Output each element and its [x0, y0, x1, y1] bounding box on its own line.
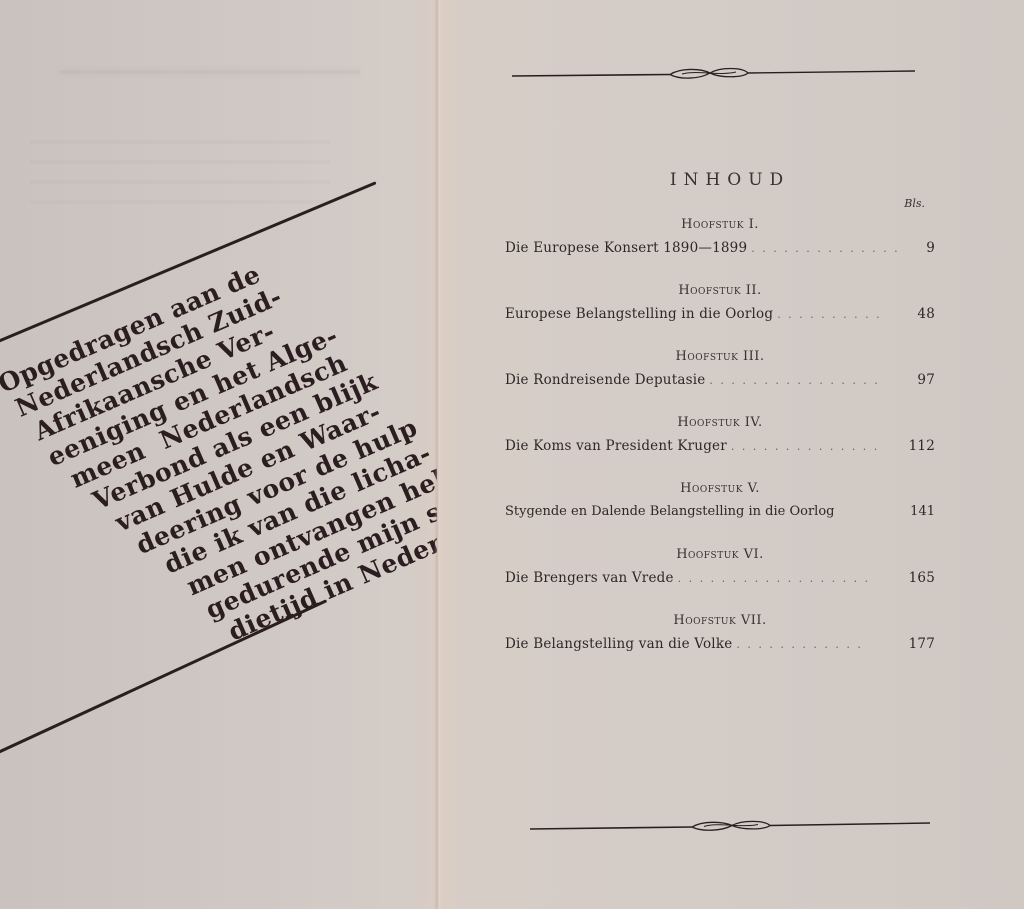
chapter-row[interactable]: Stygende en Dalende Belangstelling in di… — [505, 500, 935, 524]
toc-entry: Hoofstuk II. Europese Belangstelling in … — [505, 280, 935, 326]
dot-leader: . . . . . . . . . . . . . . . . — [705, 369, 913, 393]
chapter-title: Die Belangstelling van die Volke — [505, 632, 732, 656]
chapter-row[interactable]: Europese Belangstelling in die Oorlog . … — [505, 302, 935, 326]
chapter-title: Europese Belangstelling in die Oorlog — [505, 302, 773, 326]
chapter-heading: Hoofstuk VII. — [505, 610, 935, 632]
chapter-title: Die Brengers van Vrede — [505, 566, 674, 590]
page-column-label: Bls. — [505, 194, 935, 214]
chapter-title: Stygende en Dalende Belangstelling in di… — [505, 500, 834, 524]
dot-leader: . . . . . . . . . . . . . . — [727, 435, 905, 459]
chapter-title: Die Koms van President Kruger — [505, 434, 727, 458]
chapter-row[interactable]: Die Belangstelling van die Volke . . . .… — [505, 632, 935, 656]
toc-entry: Hoofstuk I. Die Europese Konsert 1890—18… — [505, 214, 935, 260]
table-of-contents: INHOUD Bls. Hoofstuk I. Die Europese Kon… — [505, 166, 935, 676]
chapter-heading: Hoofstuk III. — [505, 346, 935, 368]
chapter-row[interactable]: Die Koms van President Kruger . . . . . … — [505, 434, 935, 458]
top-ornament-rule — [510, 66, 920, 82]
dot-leader: . . . . . . . . . . . . — [732, 633, 904, 657]
chapter-page-number: 97 — [913, 368, 935, 392]
dot-leader: . . . . . . . . . . . . . . . . . . — [674, 567, 905, 591]
chapter-page-number: 141 — [906, 500, 935, 524]
flourish-ornament-icon — [528, 818, 934, 834]
toc-entry: Hoofstuk V. Stygende en Dalende Belangst… — [505, 478, 935, 524]
chapter-heading: Hoofstuk I. — [505, 214, 935, 236]
bottom-ornament-rule — [528, 818, 934, 834]
chapter-row[interactable]: Die Rondreisende Deputasie . . . . . . .… — [505, 368, 935, 392]
chapter-page-number: 177 — [905, 632, 935, 656]
toc-entry: Hoofstuk VI. Die Brengers van Vrede . . … — [505, 544, 935, 590]
chapter-title: Die Europese Konsert 1890—1899 — [505, 236, 747, 260]
chapter-page-number: 48 — [913, 302, 935, 326]
flourish-ornament-icon — [510, 66, 920, 82]
chapter-row[interactable]: Die Brengers van Vrede . . . . . . . . .… — [505, 566, 935, 590]
chapter-heading: Hoofstuk II. — [505, 280, 935, 302]
chapter-heading: Hoofstuk V. — [505, 478, 935, 500]
chapter-heading: Hoofstuk VI. — [505, 544, 935, 566]
dot-leader: . . . . . . . . . . . . . . — [747, 237, 922, 261]
dot-leader: . . . . . . . . . . — [773, 303, 913, 327]
chapter-title: Die Rondreisende Deputasie — [505, 368, 705, 392]
chapter-page-number: 165 — [905, 566, 935, 590]
toc-entry: Hoofstuk IV. Die Koms van President Krug… — [505, 412, 935, 458]
book-gutter — [434, 0, 442, 909]
chapter-row[interactable]: Die Europese Konsert 1890—1899 . . . . .… — [505, 236, 935, 260]
chapter-page-number: 112 — [905, 434, 935, 458]
toc-entry: Hoofstuk VII. Die Belangstelling van die… — [505, 610, 935, 656]
chapter-heading: Hoofstuk IV. — [505, 412, 935, 434]
book-spread: Opgedragen aan de Nederlandsch Zuid- Afr… — [0, 0, 1024, 909]
toc-title: INHOUD — [505, 166, 935, 194]
show-through-text — [60, 70, 360, 74]
toc-entry: Hoofstuk III. Die Rondreisende Deputasie… — [505, 346, 935, 392]
left-page: Opgedragen aan de Nederlandsch Zuid- Afr… — [0, 0, 437, 909]
chapter-page-number: 9 — [922, 236, 935, 260]
